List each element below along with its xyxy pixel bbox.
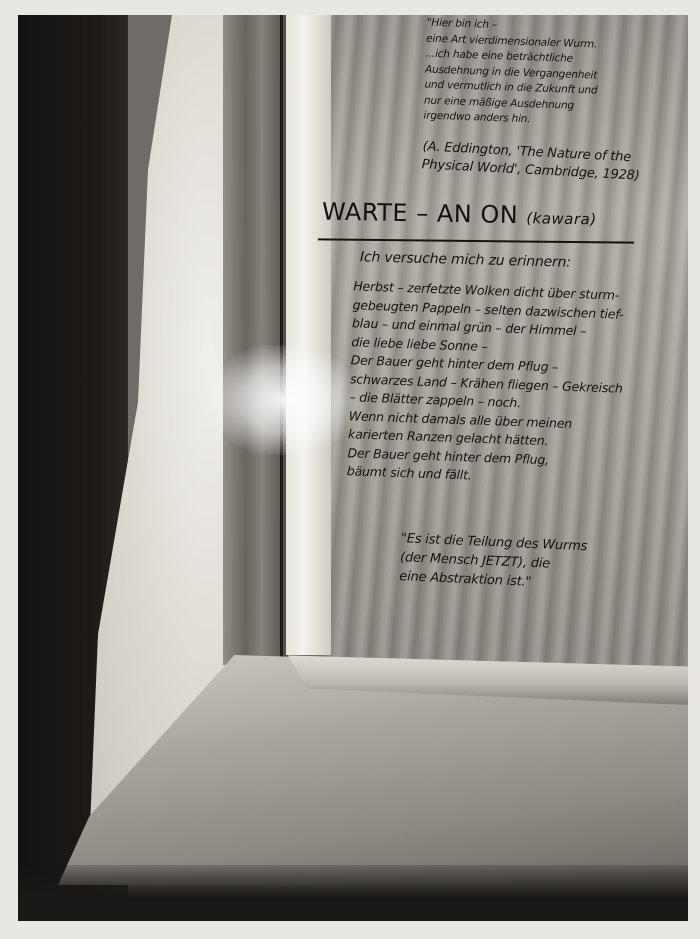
title-main: WARTE – AN ON — [322, 198, 519, 229]
title-sub: (kawara) — [526, 209, 597, 228]
bright-pillar — [286, 15, 331, 655]
closing-quote: "Es ist die Teilung des Wurms (der Mensc… — [399, 529, 671, 598]
wooden-plank — [223, 15, 288, 665]
eddington-quote: "Hier bin ich – eine Art vierdimensional… — [423, 16, 682, 133]
poem-text: Herbst – zerfetzte Wolken dicht über stu… — [347, 277, 684, 492]
plank-edge — [280, 15, 283, 665]
light-flare — [208, 345, 358, 455]
artwork-title: WARTE – AN ON (kawara) — [322, 198, 597, 231]
floor-shadow — [18, 865, 688, 921]
